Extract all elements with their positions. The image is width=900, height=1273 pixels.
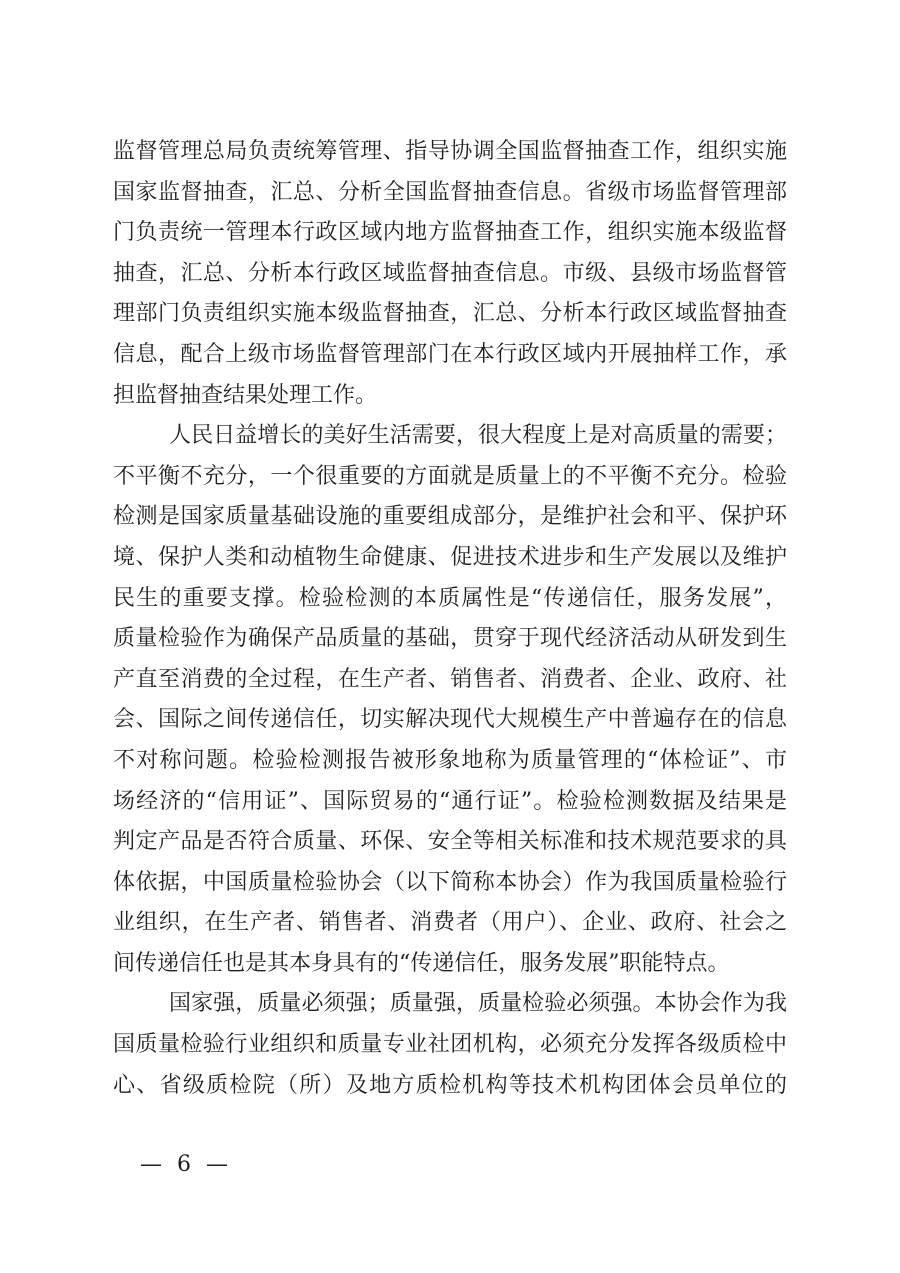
body-text: 监督管理总局负责统筹管理、指导协调全国监督抽查工作，组织实施 国家监督抽查，汇总… <box>113 132 787 1106</box>
text-line: 门负责统一管理本行政区域内地方监督抽查工作，组织实施本级监督 <box>113 213 787 254</box>
text-line: 信息，配合上级市场监督管理部门在本行政区域内开展抽样工作，承 <box>113 335 787 376</box>
text-line: 担监督抽查结果处理工作。 <box>113 376 787 417</box>
text-line: 抽查，汇总、分析本行政区域监督抽查信息。市级、县级市场监督管 <box>113 254 787 295</box>
text-line: 业组织，在生产者、销售者、消费者（用户）、企业、政府、社会之 <box>113 903 787 944</box>
text-line: 理部门负责组织实施本级监督抽查，汇总、分析本行政区域监督抽查 <box>113 294 787 335</box>
text-line: 检测是国家质量基础设施的重要组成部分，是维护社会和平、保护环 <box>113 497 787 538</box>
document-page: 监督管理总局负责统筹管理、指导协调全国监督抽查工作，组织实施 国家监督抽查，汇总… <box>0 0 900 1273</box>
text-line: 民生的重要支撑。检验检测的本质属性是“传递信任，服务发展”， <box>113 579 787 620</box>
text-line: 国家监督抽查，汇总、分析全国监督抽查信息。省级市场监督管理部 <box>113 173 787 214</box>
paragraph-start-line: 国家强，质量必须强；质量强，质量检验必须强。本协会作为我 <box>113 984 787 1025</box>
text-line: 场经济的“信用证”、国际贸易的“通行证”。检验检测数据及结果是 <box>113 782 787 823</box>
text-line: 体依据，中国质量检验协会（以下简称本协会）作为我国质量检验行 <box>113 863 787 904</box>
text-line: 会、国际之间传递信任，切实解决现代大规模生产中普遍存在的信息 <box>113 700 787 741</box>
page-number: — 6 — <box>140 1152 232 1177</box>
paragraph-start-line: 人民日益增长的美好生活需要，很大程度上是对高质量的需要； <box>113 416 787 457</box>
text-line: 监督管理总局负责统筹管理、指导协调全国监督抽查工作，组织实施 <box>113 132 787 173</box>
text-line: 不对称问题。检验检测报告被形象地称为质量管理的“体检证”、市 <box>113 741 787 782</box>
text-line: 产直至消费的全过程，在生产者、销售者、消费者、企业、政府、社 <box>113 660 787 701</box>
text-line: 判定产品是否符合质量、环保、安全等相关标准和技术规范要求的具 <box>113 822 787 863</box>
text-line: 间传递信任也是其本身具有的“传递信任，服务发展”职能特点。 <box>113 944 787 985</box>
text-line: 不平衡不充分，一个很重要的方面就是质量上的不平衡不充分。检验 <box>113 457 787 498</box>
text-line: 心、省级质检院（所）及地方质检机构等技术机构团体会员单位的 <box>113 1066 787 1107</box>
text-line: 境、保护人类和动植物生命健康、促进技术进步和生产发展以及维护 <box>113 538 787 579</box>
text-line: 国质量检验行业组织和质量专业社团机构，必须充分发挥各级质检中 <box>113 1025 787 1066</box>
text-line: 质量检验作为确保产品质量的基础，贯穿于现代经济活动从研发到生 <box>113 619 787 660</box>
